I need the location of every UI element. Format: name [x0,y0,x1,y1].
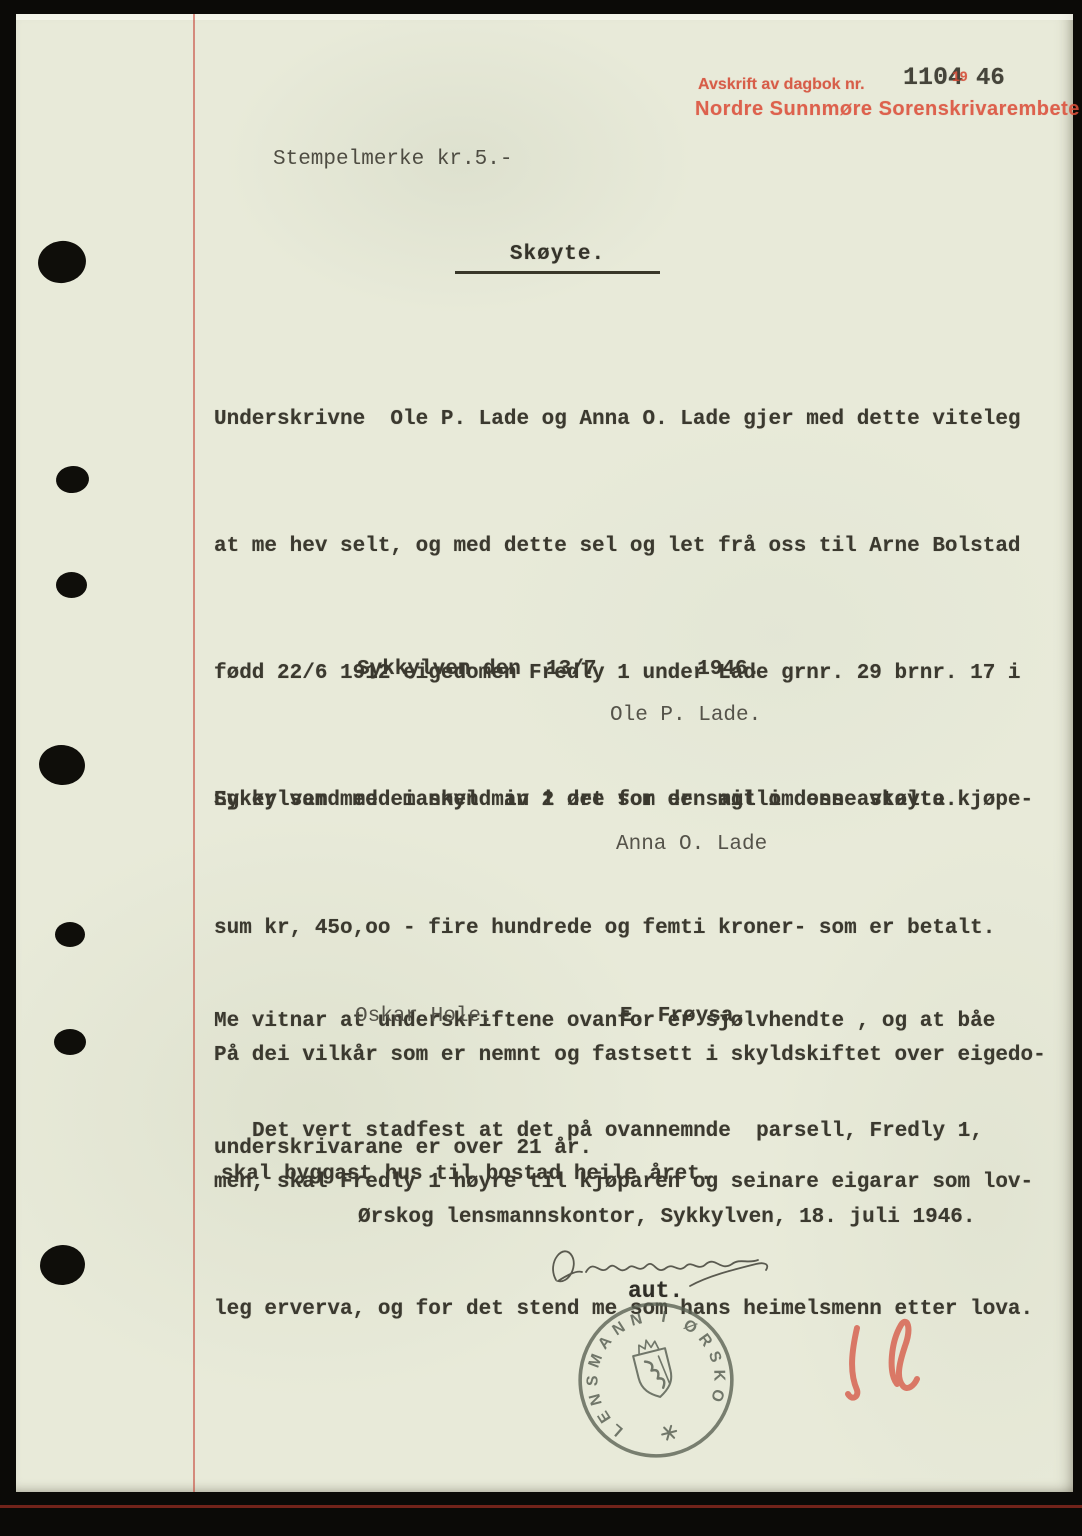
red-pencil-mark [843,1312,925,1408]
hole-punch-2 [55,464,91,494]
spouse-consent-line: Eg er samd med mannen min i det som er s… [214,789,958,812]
deed-body-line: at me hev selt, og med dette sel og let … [214,526,1046,568]
place-date-line: Sykkylven den 13/7 1946. [357,658,760,681]
confirmation-line-2: skal byggast hus til bostad heile året. [221,1163,712,1186]
seal-star-icon [661,1425,678,1440]
office-date-line: Ørskog lensmannskontor, Sykkylven, 18. j… [358,1206,976,1229]
lensmann-seal: LENSMANN I ØRSKOG [574,1298,738,1462]
bottom-page-edge-line [0,1505,1082,1508]
seal-coat-of-arms [630,1336,676,1401]
witness-signature-1: Oskar Hole. [355,1005,494,1028]
year-stamp-prefix: 19 [952,68,968,84]
office-name-stamp: Nordre Sunnmøre Sorenskrivarembete [695,98,1080,121]
paper-torn-top-edge [16,14,1073,20]
hole-punch-4 [37,743,87,788]
hole-punch-7 [38,1243,86,1287]
hole-punch-3 [56,572,87,598]
scanned-document: Avskrift av dagbok nr. 1104 19 46 Nordre… [0,0,1082,1536]
confirmation-line-1: Det vert stadfest at det på ovannemnde p… [252,1120,983,1143]
witness-statement: Me vitnar at underskriftene ovanfor er s… [214,916,995,1255]
witness-signature-2: E. Frøysa. [620,1005,746,1028]
seller-signature-typed: Ole P. Lade. [610,704,761,727]
witness-statement-line: Me vitnar at underskriftene ovanfor er s… [214,1001,995,1043]
spouse-signature-typed: Anna O. Lade [616,833,767,856]
red-margin-line [193,14,195,1492]
deed-title: Skøyte. [455,243,660,274]
paper-sheet: Avskrift av dagbok nr. 1104 19 46 Nordre… [16,14,1073,1492]
deed-body-line: Underskrivne Ole P. Lade og Anna O. Lade… [214,399,1046,441]
stamp-duty-note: Stempelmerke kr.5.- [273,148,512,171]
seal-text-arc: LENSMANN I ØRSKOG [544,1270,737,1448]
hole-punch-5 [55,922,85,947]
seal-text: LENSMANN I ØRSKOG [544,1270,737,1448]
hole-punch-6 [54,1029,86,1055]
daybook-stamp-label: Avskrift av dagbok nr. [698,76,865,94]
hole-punch-1 [35,238,88,286]
year-typed: 46 [976,65,1005,92]
